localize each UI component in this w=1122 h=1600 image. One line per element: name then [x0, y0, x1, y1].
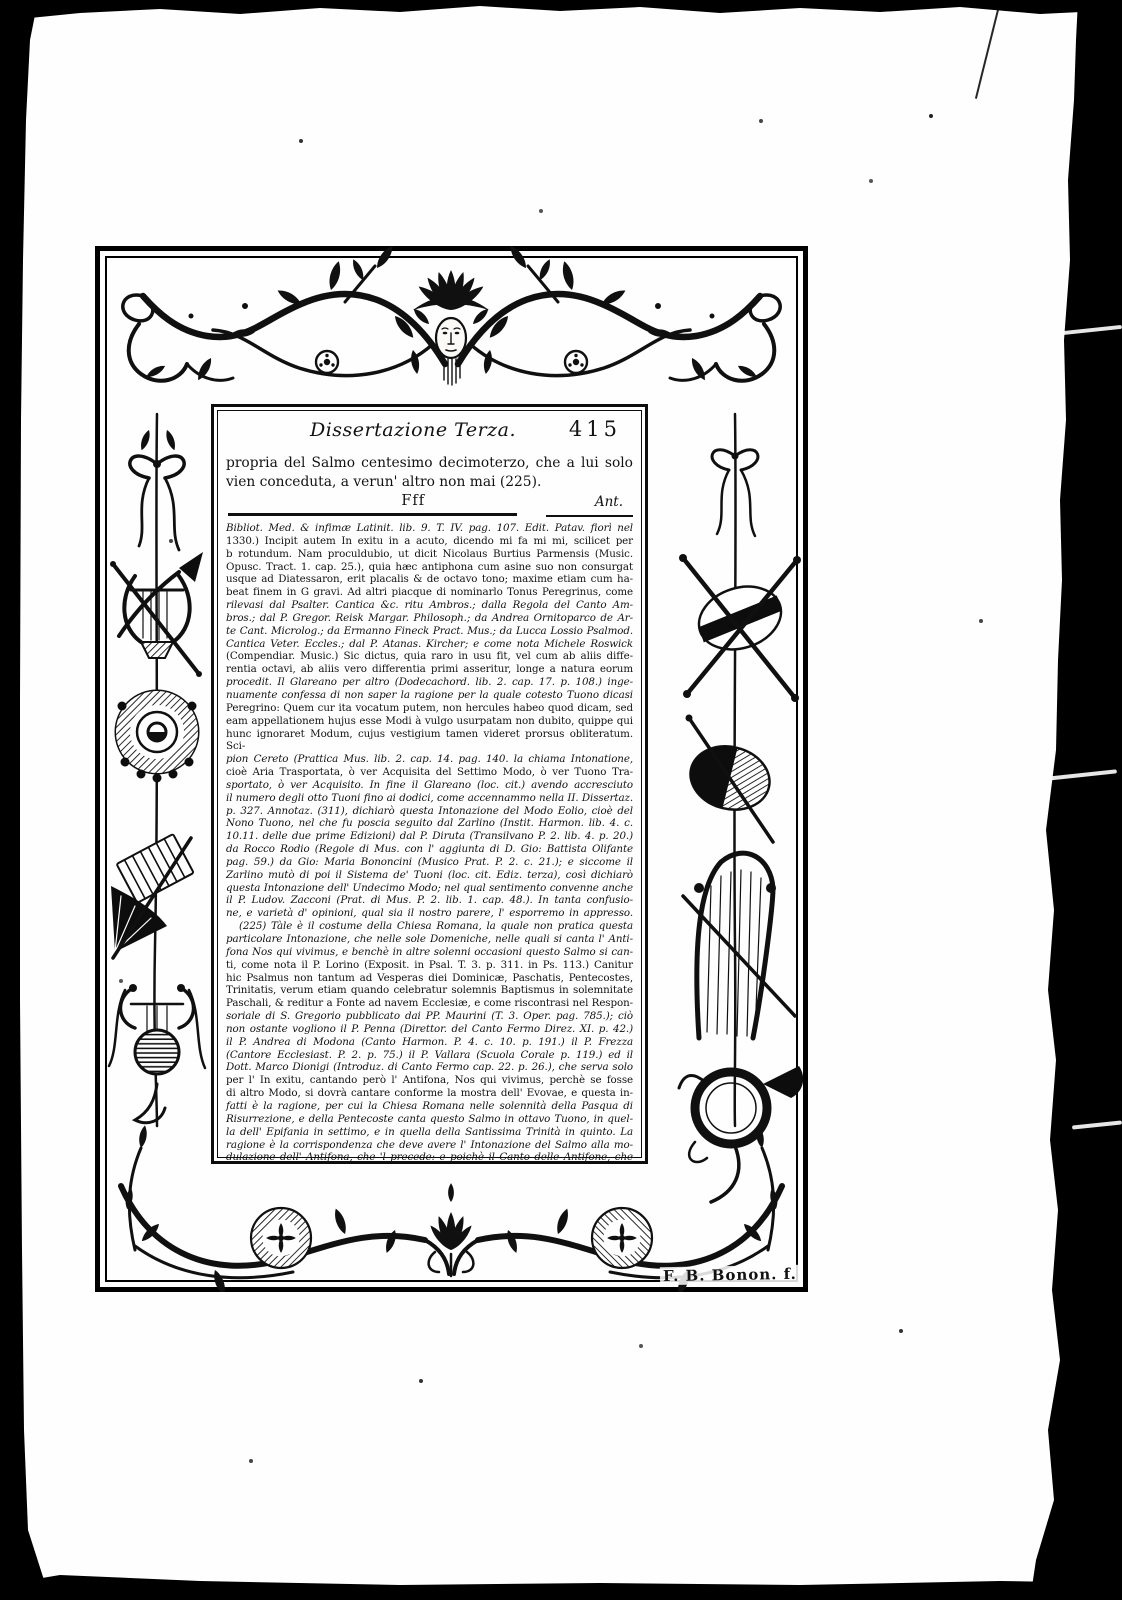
- page-title: Dissertazione Terza.: [310, 419, 516, 441]
- scan-edge-left: [0, 0, 46, 1600]
- footnote-line: da Rocco Rodio (Regole di Mus. con l' ag…: [226, 843, 633, 856]
- small-lyre-icon: [109, 984, 205, 1074]
- footnote-line: Risurrezione, e della Pentecoste canta q…: [226, 1113, 633, 1126]
- footnote-line: cioè Aria Trasportata, ò ver Acquisita d…: [226, 766, 633, 779]
- footnote-line: per l' In exitu, cantando però l' Antifo…: [226, 1074, 633, 1087]
- footnote-line: eam appellationem hujus esse Modi à vulg…: [226, 715, 633, 728]
- body-line: propria del Salmo centesimo decimoterzo,…: [226, 454, 633, 473]
- text-panel-inner: Dissertazione Terza. 415 propria del Sal…: [217, 410, 642, 1158]
- harp-icon: [683, 853, 795, 1038]
- hunting-horn-icon: [679, 1066, 803, 1162]
- catchword: Ant.: [595, 494, 623, 510]
- footnote-line: 10.11. delle due prime Edizioni) dal P. …: [226, 830, 633, 843]
- footnote-line: beat finem in G gravi. Ad altri piacque …: [226, 586, 633, 599]
- footnote-separator: [226, 513, 633, 519]
- footnote-line: te Cant. Microlog.; da Ermanno Fineck Pr…: [226, 625, 633, 638]
- ornament-left-instruments: [109, 414, 205, 1126]
- footnote-line: particolare Intonazione, che nelle sole …: [226, 933, 633, 946]
- gathering-signature: Fff: [401, 493, 425, 509]
- running-head: Dissertazione Terza. 415: [226, 417, 633, 447]
- footnote-line: rilevasi dal Psalter. Cantica &c. ritu A…: [226, 599, 633, 612]
- footnote-line: (Cantore Ecclesiast. P. 2. p. 75.) il P.…: [226, 1049, 633, 1062]
- footnote-line: ne, e varietà d' opinioni, qual sia il n…: [226, 907, 633, 920]
- footnote-line: rentia octavi, ab aliis vero differentia…: [226, 663, 633, 676]
- scan-crack-mark: [975, 9, 999, 99]
- footnote-line: hic Psalmus non tantum ad Vesperas diei …: [226, 972, 633, 985]
- footnote-rule-left: [228, 513, 517, 516]
- footnote-line: ti, come nota il P. Lorino (Exposit. in …: [226, 959, 633, 972]
- footnote-line: Dott. Marco Dionigi (Introduz. di Canto …: [226, 1061, 633, 1074]
- footnote-line: Nono Tuono, nel che fu poscia seguito da…: [226, 817, 633, 830]
- scan-edge-right: [1030, 0, 1122, 1600]
- engraver-signature: F. B. Bonon. f.: [660, 1265, 800, 1285]
- footnote-line: Cantica Veter. Eccles.; dal P. Atanas. K…: [226, 638, 633, 651]
- text-panel: Dissertazione Terza. 415 propria del Sal…: [211, 404, 648, 1164]
- footnote-line: non ostante vogliono il P. Penna (Dirett…: [226, 1023, 633, 1036]
- footnote-line: pion Cereto (Prattica Mus. lib. 2. cap. …: [226, 753, 633, 766]
- ornament-top-border: [123, 246, 780, 385]
- footnote-line: la dell' Epifania in settimo, e in quell…: [226, 1126, 633, 1139]
- footnote-line: Trinitatis, verum etiam quando celebratu…: [226, 984, 633, 997]
- footnote-line: b rotundum. Nam proculdubio, ut dicit Ni…: [226, 548, 633, 561]
- scan-edge-top: [0, 0, 1122, 24]
- footnote-line: nuamente confessa di non saper la ragion…: [226, 689, 633, 702]
- footnote-line: Zarlino mutò di poi il Sistema de' Tuoni…: [226, 869, 633, 882]
- bottom-scroll: [711, 1146, 739, 1202]
- footnote-block: Bibliot. Med. & infimæ Latinit. lib. 9. …: [226, 522, 633, 1164]
- footnote-line: (225) Tàle è il costume della Chiesa Rom…: [226, 920, 633, 933]
- catch-row: Fff Ant.: [226, 493, 633, 510]
- bottom-scroll: [135, 1084, 165, 1123]
- footnote-line: procedit. Il Glareano per altro (Dodecac…: [226, 676, 633, 689]
- footnote-line: p. 327. Annotaz. (311), dichiarò questa …: [226, 805, 633, 818]
- book-page-scan: Dissertazione Terza. 415 propria del Sal…: [0, 0, 1122, 1600]
- scan-edge-bottom: [0, 1575, 1122, 1600]
- page-number: 415: [569, 417, 621, 441]
- footnote-line: 1330.) Incipit autem In exitu in a acuto…: [226, 535, 633, 548]
- footnote-line: Bibliot. Med. & infimæ Latinit. lib. 9. …: [226, 522, 633, 535]
- footnote-line: il P. Andrea di Modona (Canto Harmon. P.…: [226, 1036, 633, 1049]
- body-line: vien conceduta, a verun' altro non mai (…: [226, 473, 633, 492]
- footnote-line: Peregrino: Quem cur ita vocatum putem, n…: [226, 702, 633, 715]
- drum-and-sticks-icon: [679, 554, 801, 702]
- footnote-line: ragione è la corrispondenza che deve ave…: [226, 1139, 633, 1152]
- footnote-line: Opusc. Tract. 1. cap. 25.), quia hæc ant…: [226, 561, 633, 574]
- footnote-line: questa Intonazione dell' Undecimo Modo; …: [226, 882, 633, 895]
- palmette-icon: [428, 1183, 475, 1276]
- footnote-line: soriale di S. Gregorio pubblicato dai PP…: [226, 1010, 633, 1023]
- ornament-right-instruments: [679, 414, 803, 1202]
- footnote-line: dulazione dell' Antifona, che 'l precede…: [226, 1151, 633, 1164]
- footnote-line: il P. Ludov. Zacconi (Prat. di Mus. P. 2…: [226, 894, 633, 907]
- footnote-line: sportato, ò ver Acquisito. In fine il Gl…: [226, 779, 633, 792]
- footnote-line: (Compendiar. Music.) Sic dictus, quia ra…: [226, 650, 633, 663]
- footnote-line: fatti è la ragione, per cui la Chiesa Ro…: [226, 1100, 633, 1113]
- footnote-line: pag. 59.) da Gio: Maria Bononcini (Music…: [226, 856, 633, 869]
- body-paragraph: propria del Salmo centesimo decimoterzo,…: [226, 454, 633, 492]
- footnote-line: Paschali, & reditur a Fonte ad navem Ecc…: [226, 997, 633, 1010]
- footnote-line: hunc ignoraret Modum, cujus vestigium ta…: [226, 728, 633, 754]
- footnote-line: di altro Modo, si dovrà cantare conforme…: [226, 1087, 633, 1100]
- footnote-line: il numero degli otto Tuoni fino ai dodic…: [226, 792, 633, 805]
- footnote-line: usque ad Diatessaron, erit placalis & de…: [226, 573, 633, 586]
- paper-specks: [0, 0, 2, 2]
- tambourine-icon: [116, 691, 198, 783]
- tabor-drum-icon: [684, 715, 777, 843]
- footnote-line: bros.; dal P. Gregor. Reisk Margar. Phil…: [226, 612, 633, 625]
- footnote-rule-right: [546, 515, 634, 517]
- mask-icon: [411, 270, 490, 385]
- footnote-line: fona Nos qui vivimus, e benchè in altre …: [226, 946, 633, 959]
